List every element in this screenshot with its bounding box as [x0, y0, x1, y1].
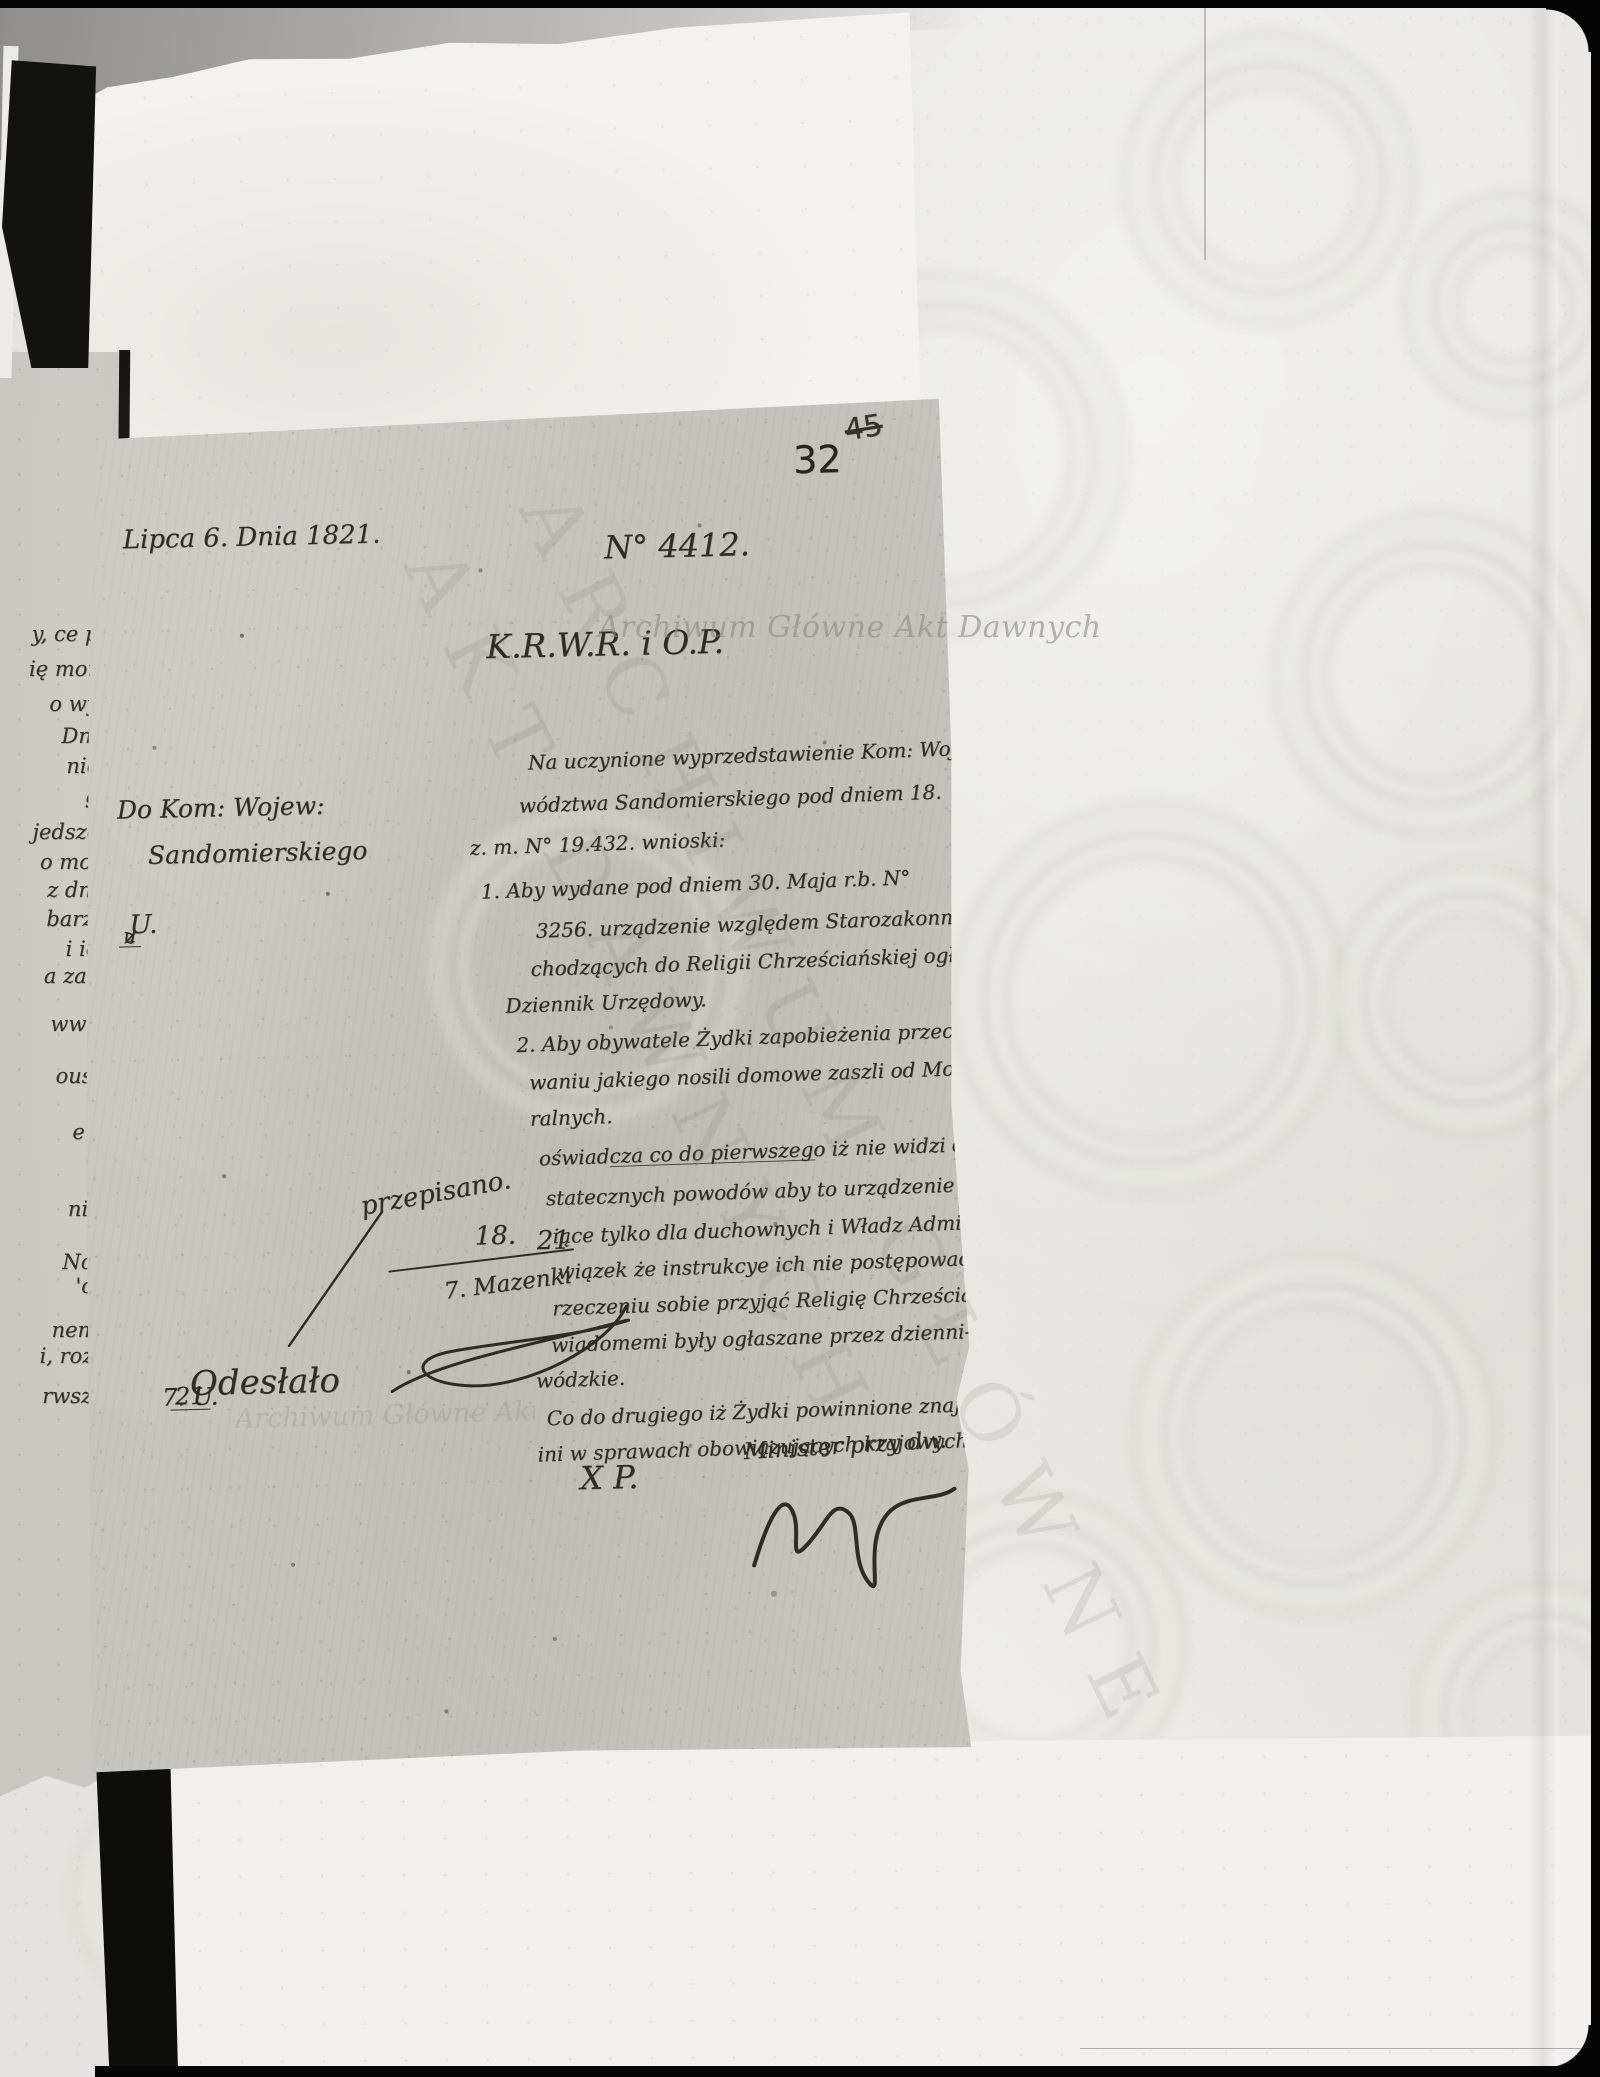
right-crease: [1528, 8, 1558, 2066]
water-stain-ring: [980, 830, 1318, 1168]
archive-watermark-ghost: Archiwum Główne Akt Dawnych: [234, 1396, 535, 1448]
water-stain-ring: [1430, 220, 1598, 388]
frame-corner-bottom-right: [1546, 2025, 1596, 2075]
closing-initials: X P.: [580, 1458, 639, 1497]
body-text-line: ralnych.: [530, 1104, 613, 1131]
water-stain-ring: [1150, 60, 1388, 298]
frame-edge-top: [0, 0, 1600, 8]
odeslano-under: 7. U.: [162, 1383, 219, 1409]
bottom-crease-line: [1080, 2048, 1592, 2049]
frame-corner-top-right: [1546, 2, 1596, 52]
sheet-edge-line: [1204, 8, 1206, 260]
water-stain-ring: [1160, 1280, 1468, 1588]
frame-edge-right: [1591, 0, 1600, 2077]
frame-edge-bottom: [95, 2066, 1600, 2077]
archival-scan: y, ce poię moruo wyeDnienicogojedszeyo m…: [0, 0, 1600, 2077]
backing-sheet-bottom: [137, 1736, 1600, 2077]
przepisano-number-right: 21: [536, 1225, 570, 1256]
clerk-flourish: [376, 1286, 638, 1402]
backing-sheet-top: [72, 12, 922, 473]
